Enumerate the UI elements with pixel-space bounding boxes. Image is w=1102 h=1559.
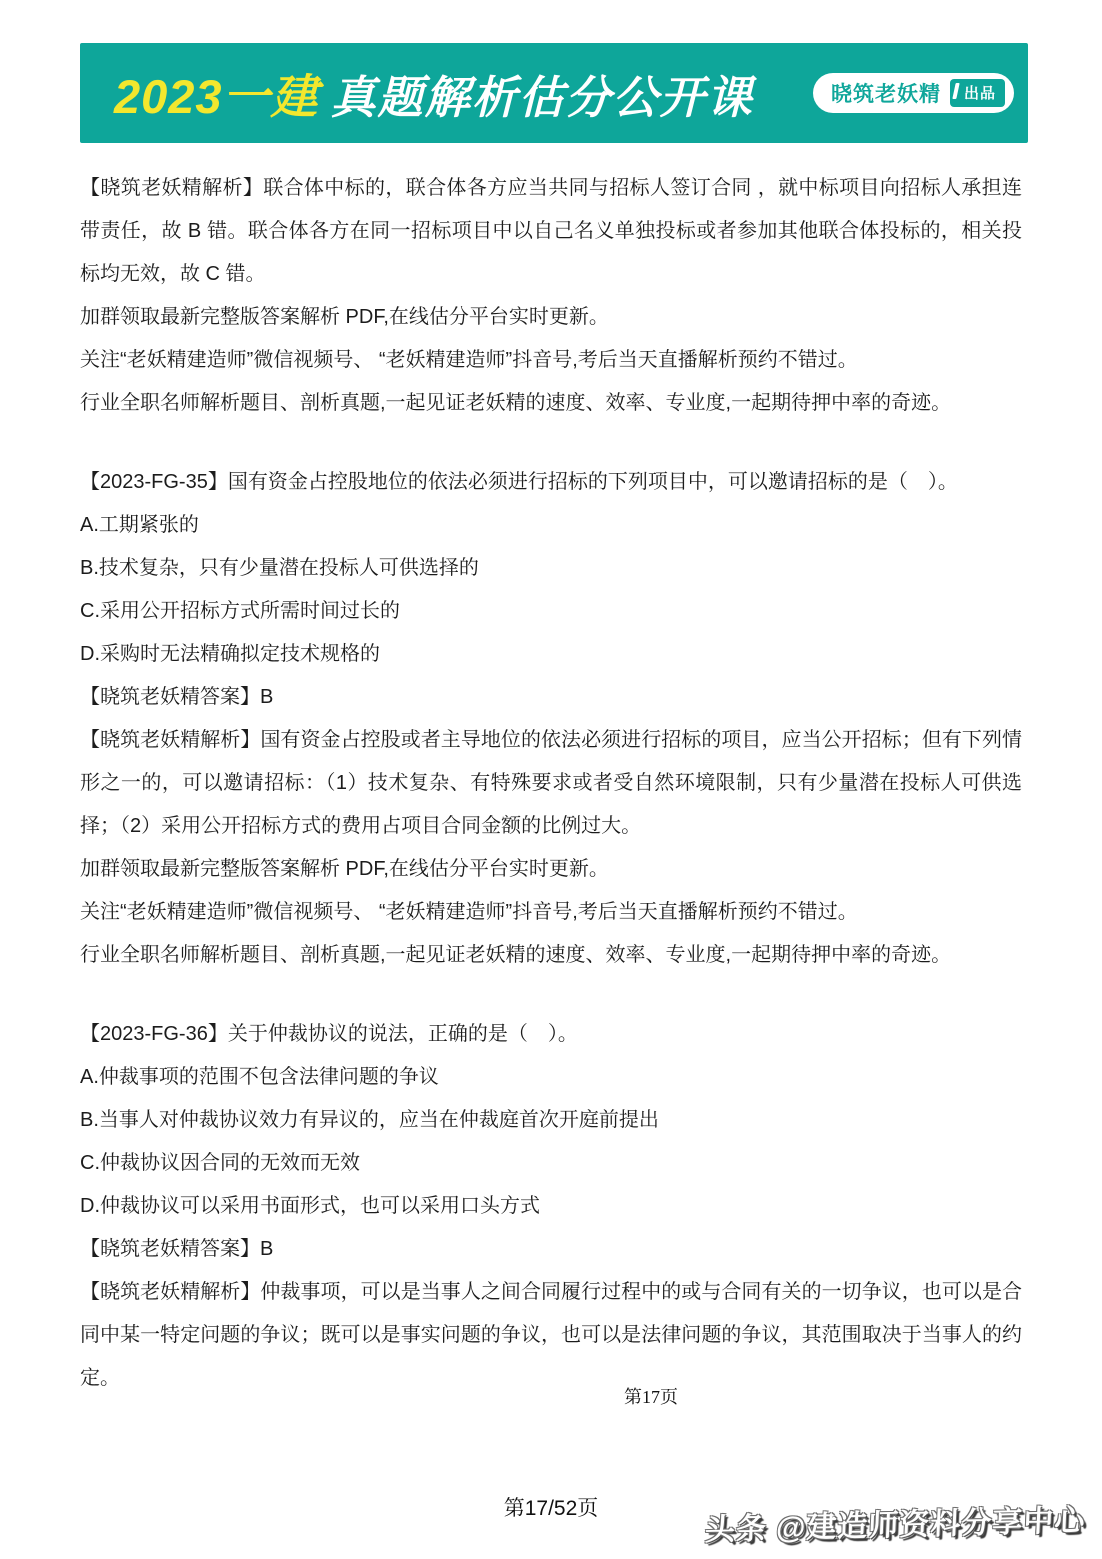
promo-line-follow: 关注“老妖精建造师”微信视频号、 “老妖精建造师”抖音号,考后当天直播解析预约不… — [80, 339, 1022, 382]
option-fg36-d: D.仲裁协议可以采用书面形式，也可以采用口头方式 — [80, 1185, 1022, 1228]
answer-fg35: 【晓筑老妖精答案】B — [80, 676, 1022, 719]
promo-line-follow: 关注“老妖精建造师”微信视频号、 “老妖精建造师”抖音号,考后当天直播解析预约不… — [80, 891, 1022, 934]
option-fg35-c: C.采用公开招标方式所需时间过长的 — [80, 590, 1022, 633]
promo-line-pdf: 加群领取最新完整版答案解析 PDF,在线估分平台实时更新。 — [80, 296, 1022, 339]
analysis-paragraph-fg34: 【晓筑老妖精解析】联合体中标的，联合体各方应当共同与招标人签订合同 ，就中标项目… — [80, 167, 1022, 296]
analysis-paragraph-fg35: 【晓筑老妖精解析】国有资金占控股或者主导地位的依法必须进行招标的项目，应当公开招… — [80, 719, 1022, 848]
promo-line-teacher: 行业全职名师解析题目、剖析真题,一起见证老妖精的速度、效率、专业度,一起期待押中… — [80, 934, 1022, 977]
section-gap — [80, 425, 1022, 461]
brand-produced-badge: 出品 — [950, 79, 1005, 107]
banner-main-title: 真题解析估分公开课 — [331, 61, 754, 126]
promo-line-teacher: 行业全职名师解析题目、剖析真题,一起见证老妖精的速度、效率、专业度,一起期待押中… — [80, 382, 1022, 425]
watermark-toutiao: 头条 @建造师资料分享中心 — [705, 1495, 1087, 1549]
brand-badge-label: 出品 — [964, 85, 996, 102]
question-fg36: 【2023-FG-36】关于仲裁协议的说法，正确的是（ ）。 — [80, 1013, 1022, 1056]
option-fg35-b: B.技术复杂，只有少量潜在投标人可供选择的 — [80, 547, 1022, 590]
banner-year-title: 2023一建 — [114, 60, 319, 127]
brand-logo-pill: 晓筑老妖精 出品 — [813, 73, 1014, 113]
analysis-paragraph-fg36: 【晓筑老妖精解析】仲裁事项，可以是当事人之间合同履行过程中的或与合同有关的一切争… — [80, 1271, 1022, 1400]
option-fg35-d: D.采购时无法精确拟定技术规格的 — [80, 633, 1022, 676]
inner-page-number: 第17页 — [200, 1383, 1102, 1409]
promo-line-pdf: 加群领取最新完整版答案解析 PDF,在线估分平台实时更新。 — [80, 848, 1022, 891]
header-banner: 2023一建 真题解析估分公开课 晓筑老妖精 出品 — [80, 43, 1028, 143]
banner-titles: 2023一建 真题解析估分公开课 — [114, 60, 754, 127]
answer-fg36: 【晓筑老妖精答案】B — [80, 1228, 1022, 1271]
section-gap — [80, 977, 1022, 1013]
option-fg36-b: B.当事人对仲裁协议效力有异议的，应当在仲裁庭首次开庭前提出 — [80, 1099, 1022, 1142]
option-fg35-a: A.工期紧张的 — [80, 504, 1022, 547]
question-fg35: 【2023-FG-35】国有资金占控股地位的依法必须进行招标的下列项目中，可以邀… — [80, 461, 1022, 504]
option-fg36-a: A.仲裁事项的范围不包含法律问题的争议 — [80, 1056, 1022, 1099]
document-content: 【晓筑老妖精解析】联合体中标的，联合体各方应当共同与招标人签订合同 ，就中标项目… — [80, 167, 1022, 1400]
option-fg36-c: C.仲裁协议因合同的无效而无效 — [80, 1142, 1022, 1185]
flame-icon — [952, 83, 959, 99]
brand-name-label: 晓筑老妖精 — [831, 78, 941, 108]
